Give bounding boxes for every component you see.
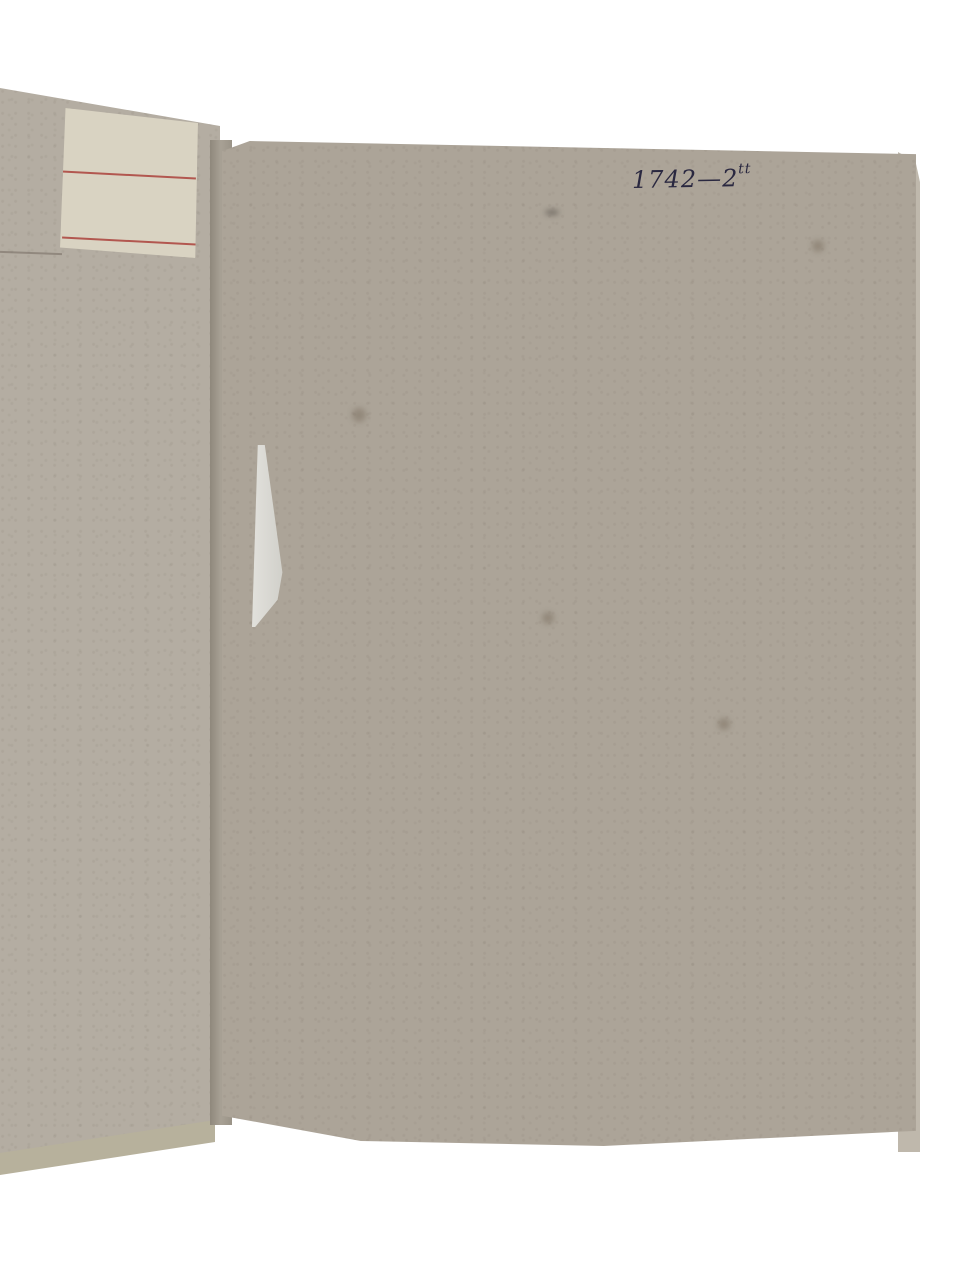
ink-mark [545,210,559,215]
foxing-spot [718,718,730,730]
label-red-rule [62,236,196,245]
handwritten-note-superscript: tt [738,161,752,177]
right-endpaper [222,136,916,1146]
foxing-spot [812,240,824,252]
foxing-spot [542,612,554,624]
foxing-spot [352,408,366,422]
pasted-label-tab [60,108,198,258]
book-photo: 1742—2tt [0,0,960,1280]
handwritten-shelf-note: 1742—2tt [632,164,752,194]
label-red-rule [62,170,196,179]
handwritten-note-main: 1742—2 [632,164,739,194]
